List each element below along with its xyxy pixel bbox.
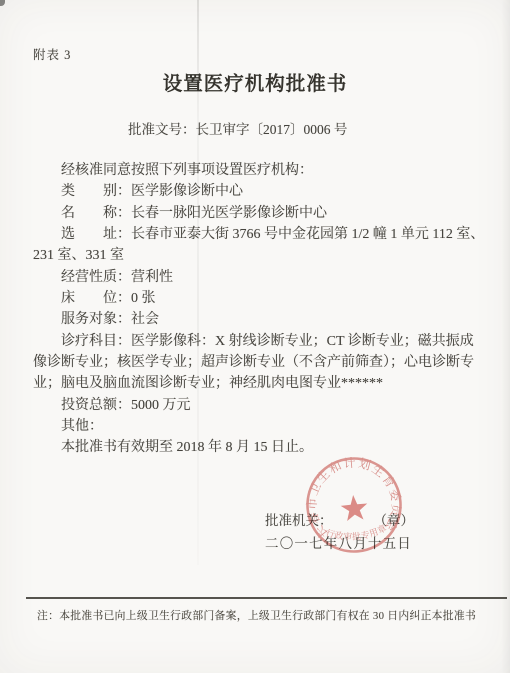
body-line-ownership: 经营性质：营利性 bbox=[33, 267, 485, 288]
official-seal: 长春市卫生和计划生育委员会 行政审批专用章 bbox=[300, 451, 408, 559]
body-line-beds: 床 位：0 张 bbox=[33, 288, 485, 309]
document-body: 经核准同意按照下列事项设置医疗机构： 类 别：医学影像诊断中心 名 称：长春一脉… bbox=[33, 160, 485, 459]
approval-doc-number: 批准文号：长卫审字〔2017〕0006 号 bbox=[128, 118, 347, 138]
body-line-address-cont: 231 室、331 室 bbox=[33, 245, 485, 266]
approval-certificate-page: 附表 3 设置医疗机构批准书 批准文号：长卫审字〔2017〕0006 号 经核准… bbox=[0, 0, 510, 673]
document-title: 设置医疗机构批准书 bbox=[0, 68, 510, 96]
body-line-investment: 投资总额：5000 万元 bbox=[33, 395, 485, 416]
footer-note: 注：本批准书已向上级卫生行政部门备案，上级卫生行政部门有权在 30 日内纠正本批… bbox=[37, 608, 476, 623]
body-line-specialties-cont1: 像诊断专业；核医学专业；超声诊断专业（不含产前筛查）；心电诊断专 bbox=[33, 352, 485, 373]
body-line-validity: 本批准书有效期至 2018 年 8 月 15 日止。 bbox=[33, 437, 485, 458]
body-line-specialties-cont2: 业；脑电及脑血流图诊断专业；神经肌肉电图专业****** bbox=[33, 373, 485, 394]
body-line-name: 名 称：长春一脉阳光医学影像诊断中心 bbox=[33, 203, 485, 224]
body-line-address: 选 址：长春市亚泰大街 3766 号中金花园第 1/2 幢 1 单元 112 室… bbox=[33, 224, 485, 245]
footer-divider bbox=[26, 597, 507, 599]
body-line-specialties: 诊疗科目：医学影像科：X 射线诊断专业；CT 诊断专业；磁共振成 bbox=[33, 331, 485, 352]
scan-corner-artifact bbox=[0, 0, 5, 6]
body-line-category: 类 别：医学影像诊断中心 bbox=[33, 181, 485, 202]
attachment-label: 附表 3 bbox=[33, 45, 71, 63]
seal-star-icon bbox=[340, 494, 369, 522]
body-line-other: 其他： bbox=[33, 416, 485, 437]
body-line-intro: 经核准同意按照下列事项设置医疗机构： bbox=[33, 160, 485, 181]
seal-bottom-text: 行政审批专用章 bbox=[324, 521, 389, 544]
body-line-service-target: 服务对象：社会 bbox=[33, 309, 485, 330]
